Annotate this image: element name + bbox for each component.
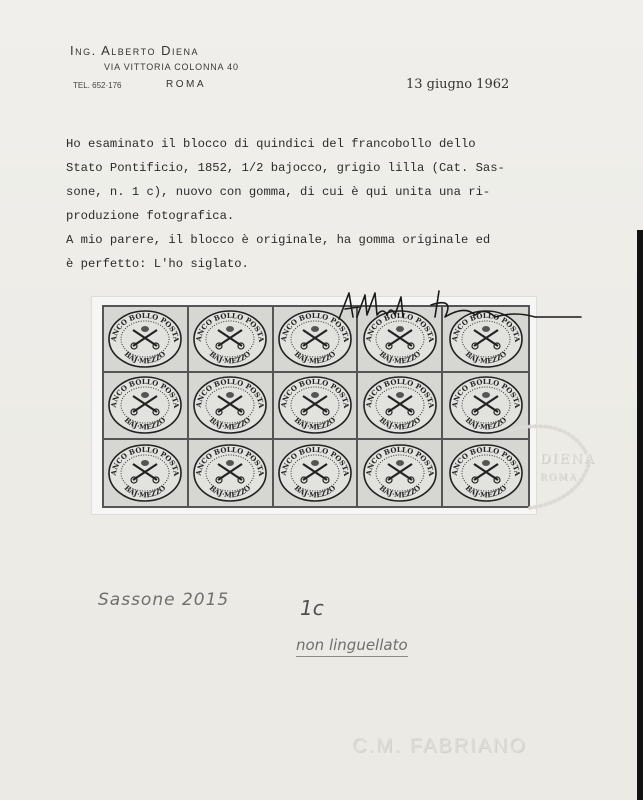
certificate-page: Ing. Alberto Diena VIA VITTORIA COLONNA … bbox=[0, 0, 643, 800]
signature-icon bbox=[335, 287, 585, 327]
stamp: FRANCO BOLLO POSTALEBAJ·MEZZO bbox=[358, 440, 443, 506]
papal-keys-stamp-icon: FRANCO BOLLO POSTALEBAJ·MEZZO bbox=[191, 308, 269, 370]
certificate-date: 13 giugno 1962 bbox=[406, 77, 509, 92]
letterhead-address: VIA VITTORIA COLONNA 40 bbox=[104, 62, 239, 72]
body-line: produzione fotografica. bbox=[66, 204, 606, 228]
stamp: FRANCO BOLLO POSTALEBAJ·MEZZO bbox=[189, 373, 274, 439]
letterhead-city: ROMA bbox=[166, 79, 206, 90]
pencil-catalog-number: 1c bbox=[300, 596, 324, 620]
papal-keys-stamp-icon: FRANCO BOLLO POSTALEBAJ·MEZZO bbox=[361, 374, 439, 436]
papal-keys-stamp-icon: FRANCO BOLLO POSTALEBAJ·MEZZO bbox=[106, 374, 184, 436]
papal-keys-stamp-icon: FRANCO BOLLO POSTALEBAJ·MEZZO bbox=[191, 374, 269, 436]
stamp: FRANCO BOLLO POSTALEBAJ·MEZZO bbox=[104, 307, 189, 373]
papal-keys-stamp-icon: FRANCO BOLLO POSTALEBAJ·MEZZO bbox=[276, 442, 354, 504]
stamp-block-photo: FRANCO BOLLO POSTALEBAJ·MEZZOFRANCO BOLL… bbox=[92, 297, 536, 514]
emboss-seal-text: DIENA bbox=[540, 452, 596, 467]
papal-keys-stamp-icon: FRANCO BOLLO POSTALEBAJ·MEZZO bbox=[106, 442, 184, 504]
stamp: FRANCO BOLLO POSTALEBAJ·MEZZO bbox=[189, 307, 274, 373]
body-line: sone, n. 1 c), nuovo con gomma, di cui è… bbox=[66, 180, 606, 204]
papal-keys-stamp-icon: FRANCO BOLLO POSTALEBAJ·MEZZO bbox=[191, 442, 269, 504]
letterhead-telephone: TEL. 652·176 bbox=[73, 81, 121, 90]
pencil-catalog-note: Sassone 2015 bbox=[98, 590, 229, 610]
stamp-grid: FRANCO BOLLO POSTALEBAJ·MEZZOFRANCO BOLL… bbox=[102, 305, 530, 508]
papal-keys-stamp-icon: FRANCO BOLLO POSTALEBAJ·MEZZO bbox=[276, 374, 354, 436]
scan-edge bbox=[637, 230, 643, 800]
paper-watermark: C.M. FABRIANO bbox=[352, 735, 527, 758]
stamp: FRANCO BOLLO POSTALEBAJ·MEZZO bbox=[358, 373, 443, 439]
body-line: Stato Pontificio, 1852, 1/2 bajocco, gri… bbox=[66, 156, 606, 180]
letterhead-name: Ing. Alberto Diena bbox=[70, 43, 199, 58]
certificate-body: Ho esaminato il blocco di quindici del f… bbox=[66, 132, 606, 276]
stamp: FRANCO BOLLO POSTALEBAJ·MEZZO bbox=[104, 440, 189, 506]
stamp: FRANCO BOLLO POSTALEBAJ·MEZZO bbox=[274, 440, 359, 506]
body-line: è perfetto: L'ho siglato. bbox=[66, 252, 606, 276]
stamp: FRANCO BOLLO POSTALEBAJ·MEZZO bbox=[104, 373, 189, 439]
emboss-seal-city: ROMA bbox=[540, 473, 578, 483]
pencil-condition-note: non linguellato bbox=[296, 636, 408, 657]
body-line: Ho esaminato il blocco di quindici del f… bbox=[66, 132, 606, 156]
papal-keys-stamp-icon: FRANCO BOLLO POSTALEBAJ·MEZZO bbox=[361, 442, 439, 504]
stamp: FRANCO BOLLO POSTALEBAJ·MEZZO bbox=[189, 440, 274, 506]
papal-keys-stamp-icon: FRANCO BOLLO POSTALEBAJ·MEZZO bbox=[106, 308, 184, 370]
body-line: A mio parere, il blocco è originale, ha … bbox=[66, 228, 606, 252]
stamp: FRANCO BOLLO POSTALEBAJ·MEZZO bbox=[274, 373, 359, 439]
